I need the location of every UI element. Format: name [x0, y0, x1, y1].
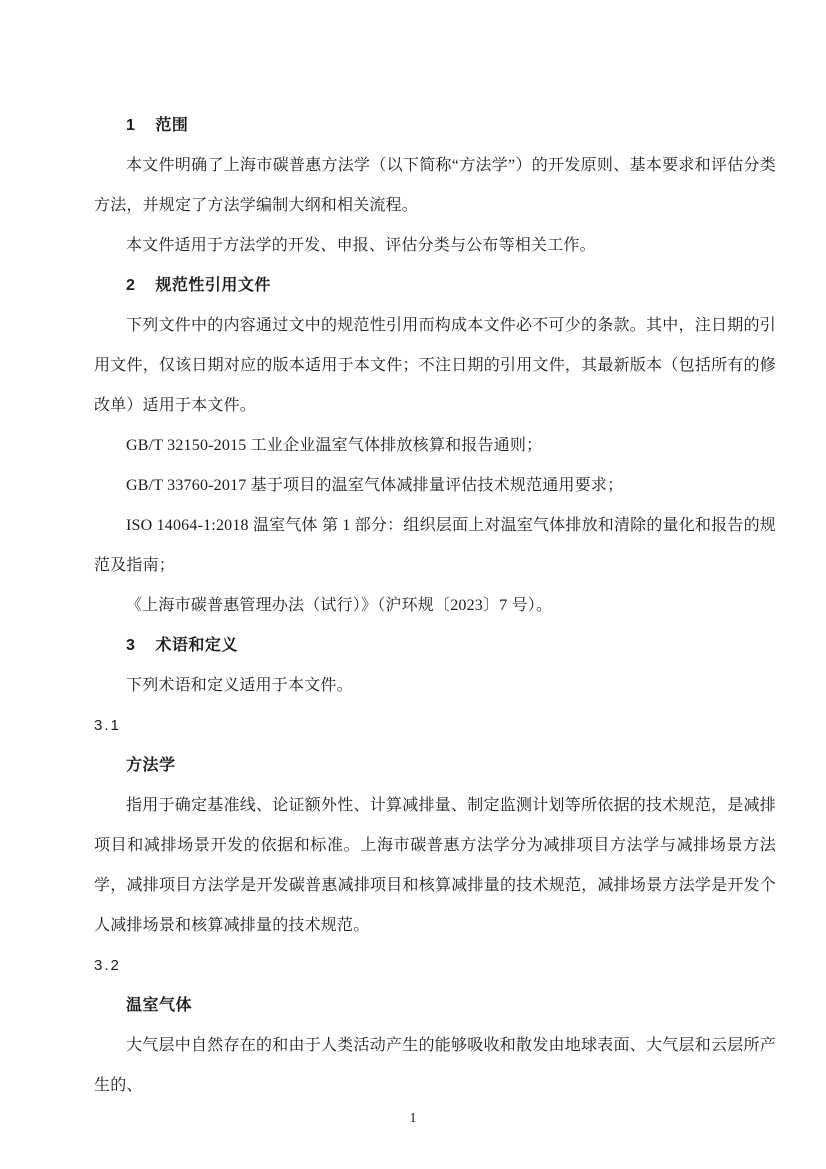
body-paragraph: 下列术语和定义适用于本文件。	[94, 666, 776, 706]
section-title: 术语和定义	[155, 637, 238, 654]
document-body: 1范围本文件明确了上海市碳普惠方法学（以下简称“方法学”）的开发原则、基本要求和…	[94, 106, 776, 1106]
document-page: 1范围本文件明确了上海市碳普惠方法学（以下简称“方法学”）的开发原则、基本要求和…	[0, 0, 826, 1169]
section-number: 3	[126, 626, 135, 666]
body-paragraph: 本文件适用于方法学的开发、申报、评估分类与公布等相关工作。	[94, 226, 776, 266]
section-heading: 2规范性引用文件	[94, 266, 776, 306]
body-paragraph: 大气层中自然存在的和由于人类活动产生的能够吸收和散发由地球表面、大气层和云层所产…	[94, 1026, 776, 1106]
section-heading: 1范围	[94, 106, 776, 146]
section-number: 2	[126, 266, 135, 306]
body-paragraph: 《上海市碳普惠管理办法（试行）》（沪环规〔2023〕7 号）。	[94, 586, 776, 626]
term-title: 方法学	[94, 746, 776, 786]
term-title: 温室气体	[94, 986, 776, 1026]
body-paragraph: 下列文件中的内容通过文中的规范性引用而构成本文件必不可少的条款。其中，注日期的引…	[94, 306, 776, 426]
page-number: 1	[0, 1111, 826, 1127]
term-number: 3.2	[94, 946, 776, 986]
term-number: 3.1	[94, 706, 776, 746]
body-paragraph: ISO 14064-1:2018 温室气体 第 1 部分：组织层面上对温室气体排…	[94, 506, 776, 586]
section-title: 规范性引用文件	[155, 277, 271, 294]
body-paragraph: GB/T 33760-2017 基于项目的温室气体减排量评估技术规范通用要求；	[94, 466, 776, 506]
body-paragraph: GB/T 32150-2015 工业企业温室气体排放核算和报告通则；	[94, 426, 776, 466]
body-paragraph: 指用于确定基准线、论证额外性、计算减排量、制定监测计划等所依据的技术规范，是减排…	[94, 786, 776, 946]
body-paragraph: 本文件明确了上海市碳普惠方法学（以下简称“方法学”）的开发原则、基本要求和评估分…	[94, 146, 776, 226]
section-heading: 3术语和定义	[94, 626, 776, 666]
section-number: 1	[126, 106, 135, 146]
section-title: 范围	[155, 117, 188, 134]
